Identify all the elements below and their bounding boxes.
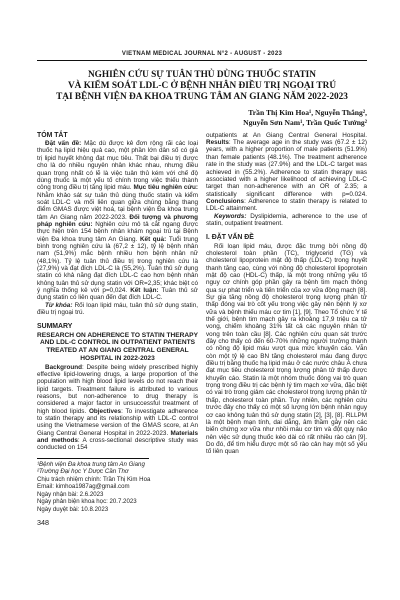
summary-continuation-paragraph: outpatients at An Giang Central General …	[206, 132, 367, 213]
footnote-affiliation-2: ²Trường Đại học Y Dược Cần Thơ	[37, 468, 198, 476]
footnote-date-accepted: Ngày duyệt bài: 10.8.2023	[37, 506, 198, 514]
authors-line-2: Nguyễn Sơn Nam¹, Trần Quốc Tưởng²	[37, 118, 367, 127]
article-title-line-1: NGHIÊN CỨU SỰ TUÂN THỦ DÙNG THUỐC STATIN	[37, 70, 367, 81]
footnote-date-reviewed: Ngày phản biện khoa học: 20.7.2023	[37, 498, 198, 506]
left-column: TÓM TẮT Đặt vấn đề: Mặc dù được kê đơn r…	[37, 132, 198, 527]
section-1-paragraph: Rối loạn lipid máu, được đặc trưng bởi n…	[206, 243, 367, 456]
abstract-heading: TÓM TẮT	[37, 132, 198, 139]
abstract-paragraph: Đặt vấn đề: Mặc dù được kê đơn rộng rãi …	[37, 140, 198, 302]
two-column-body: TÓM TẮT Đặt vấn đề: Mặc dù được kê đơn r…	[37, 132, 367, 527]
summary-title: RESEARCH ON ADHERENCE TO STATIN THERAPY …	[37, 332, 198, 363]
article-authors: Trần Thị Kim Hoa¹, Nguyễn Thắng², Nguyễn…	[37, 108, 367, 126]
authors-line-1: Trần Thị Kim Hoa¹, Nguyễn Thắng²,	[37, 108, 367, 117]
journal-page: VIETNAM MEDICAL JOURNAL N°2 - AUGUST - 2…	[0, 0, 400, 600]
summary-heading: SUMMARY	[37, 323, 198, 330]
article-title-line-2: VÀ KIỂM SOÁT LDL-C Ở BỆNH NHÂN ĐIỀU TRỊ …	[37, 81, 367, 92]
footnote-date-received: Ngày nhận bài: 2.6.2023	[37, 491, 198, 499]
journal-header: VIETNAM MEDICAL JOURNAL N°2 - AUGUST - 2…	[37, 51, 367, 61]
footnote-email: Email: kimhoa1987ag@gmail.com	[37, 483, 198, 491]
section-1-heading: I. ĐẶT VẤN ĐỀ	[206, 234, 367, 241]
page-number: 348	[37, 519, 198, 526]
footnote-corresponding-author: Chịu trách nhiệm chính: Trần Thị Kim Hoa	[37, 476, 198, 484]
footnote-divider	[37, 458, 149, 459]
footnote-affiliation-1: ¹Bệnh viện Đa khoa trung tâm An Giang	[37, 461, 198, 469]
keywords-en-paragraph: Keywords: Dyslipidemia, adherence to the…	[206, 213, 367, 228]
keywords-vi-paragraph: Từ khóa: Rối loạn lipid máu, tuân thủ sử…	[37, 302, 198, 317]
footnote-block: ¹Bệnh viện Đa khoa trung tâm An Giang ²T…	[37, 461, 198, 514]
article-title: NGHIÊN CỨU SỰ TUÂN THỦ DÙNG THUỐC STATIN…	[37, 70, 367, 104]
article-title-line-3: TẠI BỆNH VIỆN ĐA KHOA TRUNG TÂM AN GIANG…	[37, 92, 367, 103]
right-column: outpatients at An Giang Central General …	[206, 132, 367, 527]
summary-paragraph: Background: Despite being widely prescri…	[37, 364, 198, 452]
